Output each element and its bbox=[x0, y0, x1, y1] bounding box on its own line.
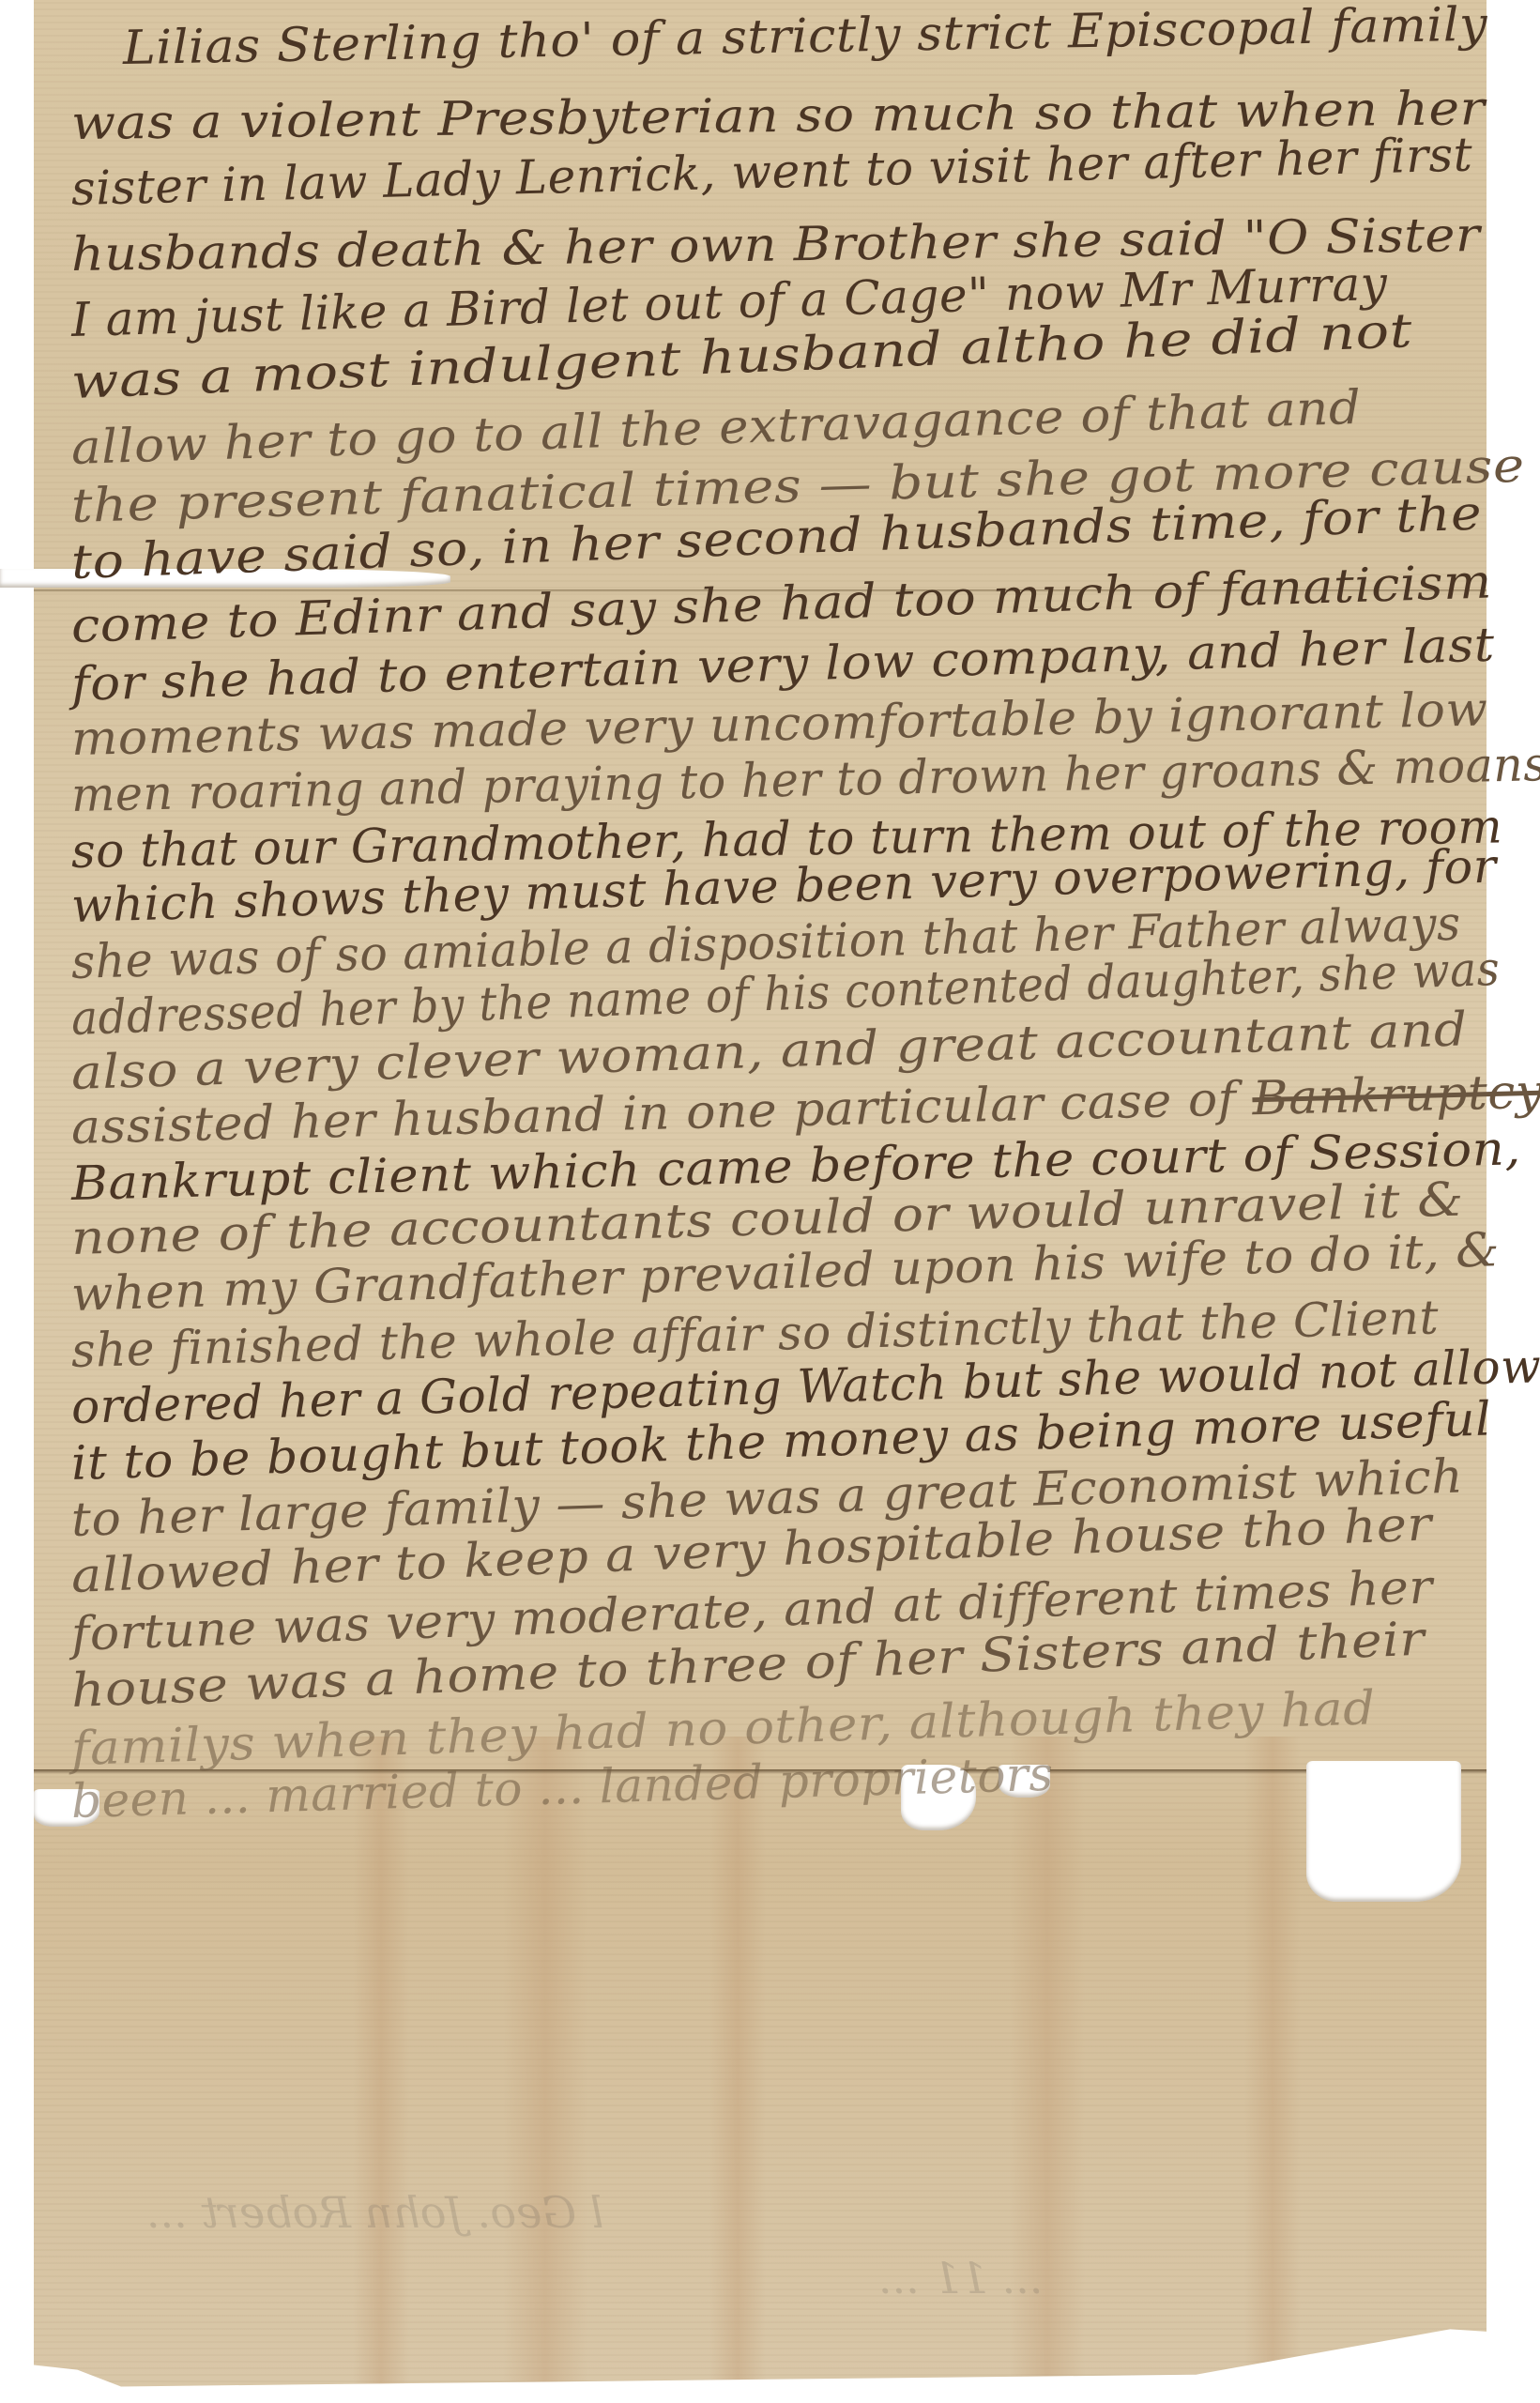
water-stain bbox=[353, 1737, 409, 2384]
water-stain bbox=[1244, 1737, 1301, 2384]
paper-tear bbox=[1306, 1761, 1461, 1902]
bleed-through-text: l Geo. John Robert ... bbox=[146, 2187, 603, 2238]
struck-word: Bankruptcy bbox=[1252, 1064, 1540, 1126]
bleed-through-text: ... 11 ... bbox=[878, 2253, 1044, 2304]
water-stain bbox=[503, 1737, 587, 2384]
water-stain bbox=[709, 1737, 766, 2384]
